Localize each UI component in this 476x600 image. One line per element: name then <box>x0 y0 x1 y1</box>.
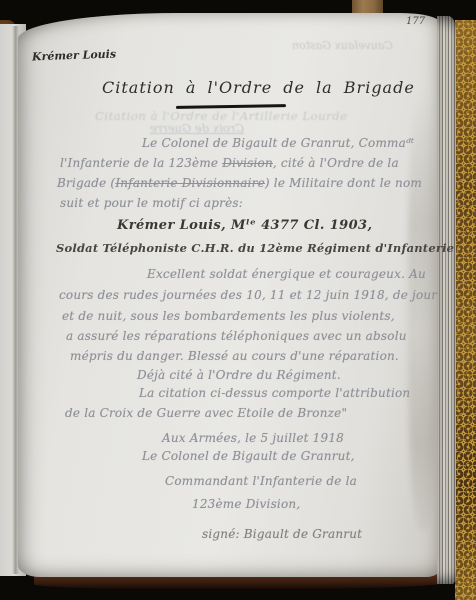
preamble-line-2-struck: Division <box>222 156 273 170</box>
citation-line-3: et de nuit, sous les bombardements les p… <box>62 309 395 323</box>
signature-line-3: Commandant l'Infanterie de la <box>165 474 357 488</box>
book-cover-fore-edge <box>455 20 476 600</box>
preamble-line-3: Brigade (Infanterie Divisionnaire) le Mi… <box>57 176 422 190</box>
preamble-line-2-a: l'Infanterie de la 123ème <box>60 156 222 170</box>
soldier-rank-line: Soldat Téléphoniste C.H.R. du 12ème Régi… <box>56 241 454 255</box>
signature-line-4: 123ème Division, <box>192 497 300 511</box>
preamble-line-3-c: ) le Militaire dont le nom <box>265 176 422 190</box>
paper-stain <box>408 90 438 530</box>
soldier-name-line: Krémer Louis, Mˡᵉ 4377 Cl. 1903, <box>117 218 372 233</box>
signature-line-2: Le Colonel de Bigault de Granrut, <box>142 449 355 463</box>
page-number: 177 <box>406 16 425 27</box>
preamble-line-3-struck: Infanterie Divisionnaire <box>115 176 265 190</box>
citation-line-4: a assuré les réparations téléphoniques a… <box>66 329 407 343</box>
citation-line-8: de la Croix de Guerre avec Etoile de Bro… <box>65 406 347 420</box>
preamble-line-4: suit et pour le motif ci après: <box>60 196 243 210</box>
citation-line-5: mépris du danger. Blessé au cours d'une … <box>70 349 399 363</box>
signed-by-line: signé: Bigault de Granrut <box>202 527 362 541</box>
citation-line-6: Déjà cité à l'Ordre du Régiment. <box>137 368 341 382</box>
preamble-line-3-a: Brigade ( <box>57 176 115 190</box>
signature-date-line: Aux Armées, le 5 juillet 1918 <box>162 431 344 445</box>
preamble-line-1: Le Colonel de Bigault de Granrut, Commaᵈ… <box>142 136 414 150</box>
document-title: Citation à l'Ordre de la Brigade <box>102 78 415 97</box>
citation-line-1: Excellent soldat énergique et courageux.… <box>147 267 426 281</box>
book-photo: Krémer Louis 177 Cauvelaux Gaston Citati… <box>0 0 476 600</box>
preamble-line-2-c: , cité à l'Ordre de la <box>273 156 399 170</box>
ghost-margin-name: Cauvelaux Gaston <box>292 39 393 52</box>
citation-line-7: La citation ci-dessus comporte l'attribu… <box>139 386 410 400</box>
citation-line-2: cours des rudes journées des 10, 11 et 1… <box>59 288 437 302</box>
preamble-line-2: l'Infanterie de la 123ème Division, cité… <box>60 156 399 170</box>
page-edges <box>437 16 456 584</box>
ghost-croix-de-guerre: Croix de Guerre <box>150 121 244 135</box>
